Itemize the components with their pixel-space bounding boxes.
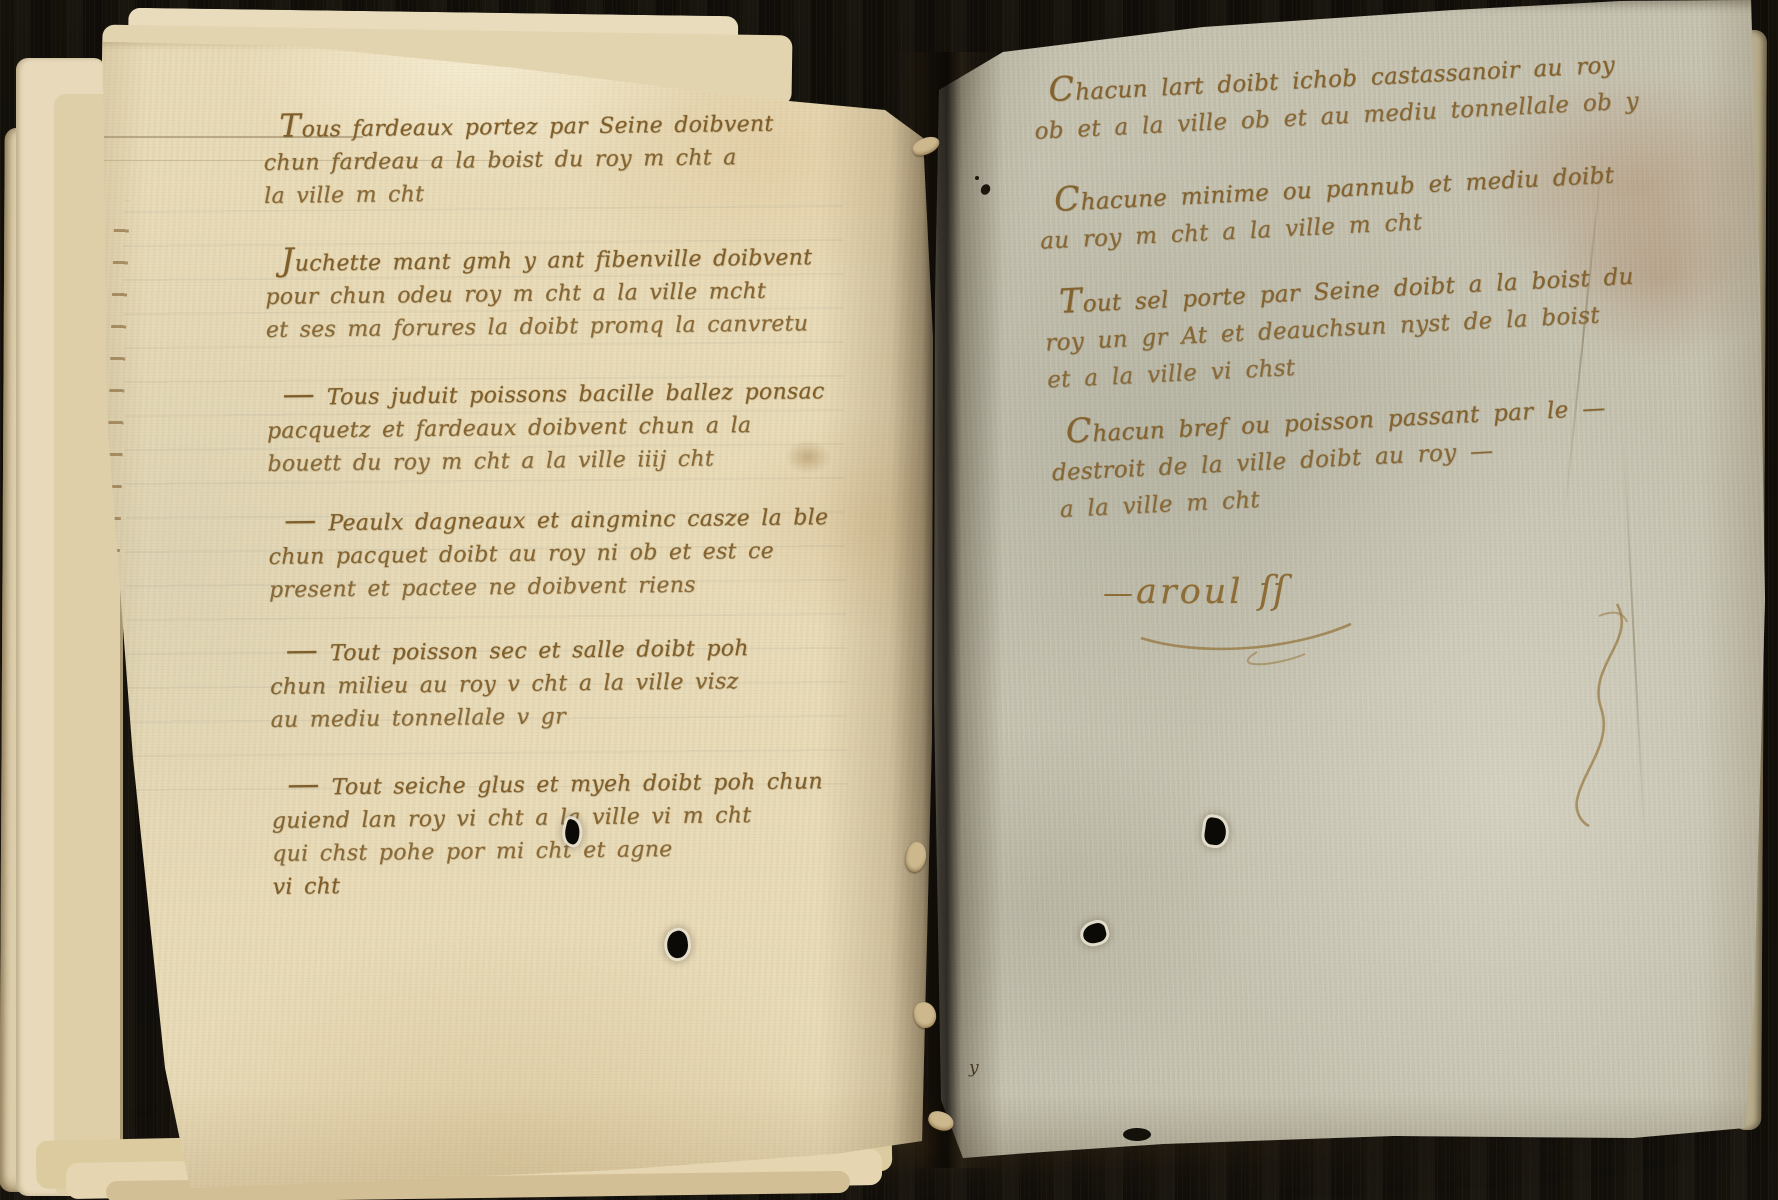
paragraph: Chacun bref ou poisson passant par le — …	[1049, 385, 1610, 529]
signature-dash: —	[1103, 576, 1131, 611]
signature-name: aroul	[1136, 572, 1243, 612]
paragraph: — Tout poisson sec et salle doibt poh ch…	[270, 628, 750, 737]
paragraph: Chacun lart doibt ichob castassanoir au …	[1032, 41, 1640, 151]
right-page: Chacun lart doibt ichob castassanoir au …	[933, 0, 1778, 1165]
signature-paraph: ſſ	[1259, 568, 1287, 612]
text-line: — Tout poisson sec et salle doibt poh	[286, 628, 749, 671]
text-line: au mediu tonnellale v gr	[270, 698, 749, 737]
paragraph: Juchette mant gmh y ant fibenville doibv…	[265, 237, 814, 347]
parchment-hole	[1123, 1128, 1151, 1141]
left-page: Tous fardeaux portez par Seine doibvent …	[95, 38, 937, 1192]
paragraph: — Tout seiche glus et myeh doibt poh chu…	[271, 761, 824, 904]
text-line: qui chst pohe por mi cht et agne	[272, 831, 824, 871]
text-line: et ses ma forures la doibt promq la canv…	[266, 307, 814, 347]
left-page-text: Tous fardeaux portez par Seine doibvent …	[263, 88, 914, 996]
paragraph: Tous fardeaux portez par Seine doibvent …	[263, 104, 774, 213]
gutter-shadow	[891, 52, 1003, 1168]
text-line: vi cht	[272, 864, 824, 904]
paragraph: Tout sel porte par Seine doibt a la bois…	[1042, 254, 1638, 400]
signature-flourish	[1137, 608, 1397, 668]
text-line: la ville m cht	[264, 174, 775, 213]
paraph-flourish	[1561, 600, 1641, 830]
signature: — aroul ſſ	[1103, 568, 1533, 678]
paragraph: Chacune minime ou pannub et mediu doibt …	[1037, 153, 1617, 261]
paragraph: — Tous juduit poissons bacille ballez po…	[266, 371, 825, 481]
text-line: bouett du roy m cht a la ville iiij cht	[267, 441, 825, 481]
text-line: Tous fardeaux portez par Seine doibvent	[279, 104, 774, 147]
paragraph: — Peaulx dagneaux et aingminc casze la b…	[268, 497, 829, 607]
text-line: present et pactee ne doibvent riens	[269, 567, 830, 607]
